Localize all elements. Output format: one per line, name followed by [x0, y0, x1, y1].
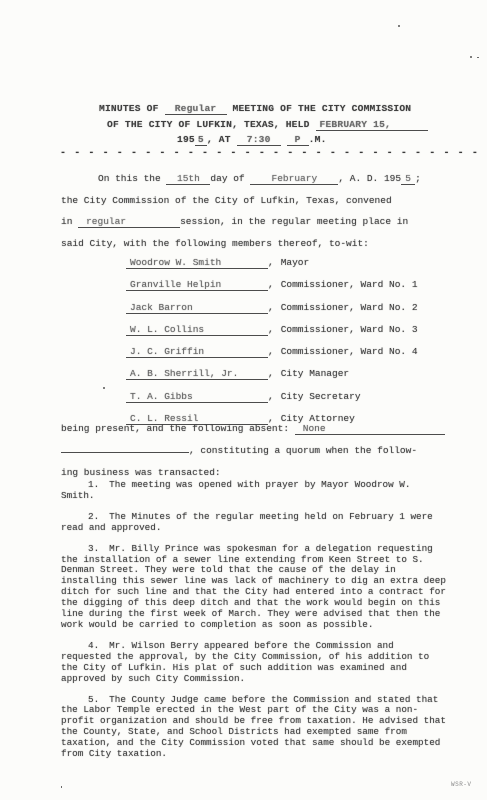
opening-line-3: in regularsession, in the regular meetin…	[61, 211, 456, 233]
quorum-l2-post: , constituting a quorum when the follow-	[189, 445, 417, 456]
roster-comma: ,	[268, 279, 274, 290]
roster-comma: ,	[268, 324, 274, 335]
minute-item-4: 4.Mr. Wilson Berry appeared before the C…	[61, 641, 449, 685]
fill-meeting-time: 7:30	[237, 134, 281, 146]
title-line-3: 1955, AT 7:30 P.M.	[99, 132, 428, 148]
attendee-name: A. B. Sherrill, Jr.	[126, 368, 268, 380]
title-line3-pre: 195	[177, 134, 195, 145]
attendee-row: Jack Barron,Commissioner, Ward No. 2	[126, 302, 418, 324]
fill-month: February	[250, 173, 338, 185]
roster-comma: ,	[268, 391, 274, 402]
title-line-2: OF THE CITY OF LUFKIN, TEXAS, HELD FEBRU…	[99, 117, 428, 133]
roster-comma: ,	[268, 257, 274, 268]
roster-comma: ,	[268, 368, 274, 379]
corner-mark: WSR-V	[451, 781, 472, 788]
attendee-row: T. A. Gibbs,City Secretary	[126, 391, 418, 413]
attendee-name: J. C. Griffin	[126, 346, 268, 358]
roster-comma: ,	[268, 302, 274, 313]
fill-year-digit: 5	[195, 134, 207, 146]
attendee-name: Woodrow W. Smith	[126, 257, 268, 269]
minute-item-2: 2.The Minutes of the regular meeting hel…	[61, 512, 449, 534]
opening-l3-post: session, in the regular meeting place in	[180, 216, 408, 227]
quorum-line-1: being present, and the following absent:…	[61, 418, 461, 440]
opening-line-2: the City Commission of the City of Lufki…	[61, 190, 456, 212]
minute-text: The County Judge came before the Commiss…	[61, 694, 446, 760]
attendee-name: Granville Helpin	[126, 279, 268, 291]
document-page: MINUTES OF Regular MEETING OF THE CITY C…	[0, 0, 487, 800]
fill-meeting-type: Regular	[165, 103, 227, 115]
document-title: MINUTES OF Regular MEETING OF THE CITY C…	[99, 101, 428, 148]
scan-speck	[61, 786, 62, 788]
scan-speck	[470, 56, 472, 58]
attendee-title: Mayor	[274, 257, 310, 268]
title-line2-pre: OF THE CITY OF LUFKIN, TEXAS, HELD	[107, 119, 310, 130]
attendee-row: W. L. Collins,Commissioner, Ward No. 3	[126, 324, 418, 346]
quorum-l1-pre: being present, and the following absent:	[61, 423, 289, 434]
fill-meeting-date: FEBRUARY 15,	[316, 119, 428, 131]
opening-l1-mid2: , A. D. 195	[338, 173, 401, 184]
minute-text: The meeting was opened with prayer by Ma…	[61, 479, 410, 501]
attendee-name: T. A. Gibbs	[126, 391, 268, 403]
minute-item-3: 3.Mr. Billy Prince was spokesman for a d…	[61, 544, 449, 631]
attendee-title: Commissioner, Ward No. 4	[274, 346, 418, 357]
dashed-separator: - - - - - - - - - - - - - - - - - - - - …	[60, 148, 479, 159]
opening-paragraph: On this the 15thday of February, A. D. 1…	[61, 168, 456, 255]
attendee-title: Commissioner, Ward No. 1	[274, 279, 418, 290]
opening-line-4: said City, with the following members th…	[61, 233, 456, 255]
attendee-name: Jack Barron	[126, 302, 268, 314]
title-line3-post: .M.	[309, 134, 327, 145]
minute-text: Mr. Wilson Berry appeared before the Com…	[61, 640, 429, 684]
attendee-title: Commissioner, Ward No. 2	[274, 302, 418, 313]
fill-year-digit-2: 5	[401, 173, 415, 185]
opening-l1-post: ;	[415, 173, 421, 184]
opening-l1-mid: day of	[210, 173, 244, 184]
attendee-title: Commissioner, Ward No. 3	[274, 324, 418, 335]
quorum-line-2: , constituting a quorum when the follow-	[61, 440, 461, 462]
attendee-name: W. L. Collins	[126, 324, 268, 336]
attendee-row: Granville Helpin,Commissioner, Ward No. …	[126, 279, 418, 301]
minute-item-5: 5.The County Judge came before the Commi…	[61, 695, 449, 760]
title-line-1: MINUTES OF Regular MEETING OF THE CITY C…	[99, 101, 428, 117]
fill-meridiem: P	[287, 134, 309, 146]
minute-text: Mr. Billy Prince was spokesman for a del…	[61, 543, 446, 630]
opening-l1-pre: On this the	[98, 173, 161, 184]
roster-comma: ,	[268, 346, 274, 357]
title-line1-post: MEETING OF THE CITY COMMISSION	[233, 103, 412, 114]
blank-underline	[61, 442, 189, 453]
fill-day: 15th	[166, 173, 210, 185]
minute-item-1: 1.The meeting was opened with prayer by …	[61, 480, 449, 502]
minute-text: The Minutes of the regular meeting held …	[61, 511, 433, 533]
minute-number: 1.	[88, 479, 99, 490]
minute-number: 3.	[88, 543, 99, 554]
attendee-row: Woodrow W. Smith,Mayor	[126, 257, 418, 279]
attendee-title: City Manager	[274, 368, 349, 379]
title-line3-mid: , AT	[207, 134, 231, 145]
opening-l3-pre: in	[61, 216, 72, 227]
minute-number: 2.	[88, 511, 99, 522]
minute-number: 5.	[88, 694, 99, 705]
opening-line-1: On this the 15thday of February, A. D. 1…	[61, 168, 456, 190]
fill-absent: None	[295, 423, 445, 435]
attendee-title: City Secretary	[274, 391, 361, 402]
attendee-row: A. B. Sherrill, Jr.,City Manager	[126, 368, 418, 390]
scan-speck	[103, 387, 105, 389]
minutes-body: 1.The meeting was opened with prayer by …	[61, 480, 449, 770]
attendee-list: Woodrow W. Smith,Mayor Granville Helpin,…	[126, 257, 418, 435]
scan-speck	[398, 25, 400, 27]
fill-session-type: regular	[78, 216, 180, 228]
scan-speck	[477, 57, 479, 58]
quorum-paragraph: being present, and the following absent:…	[61, 418, 461, 483]
attendee-row: J. C. Griffin,Commissioner, Ward No. 4	[126, 346, 418, 368]
minute-number: 4.	[88, 640, 99, 651]
title-line1-pre: MINUTES OF	[99, 103, 159, 114]
